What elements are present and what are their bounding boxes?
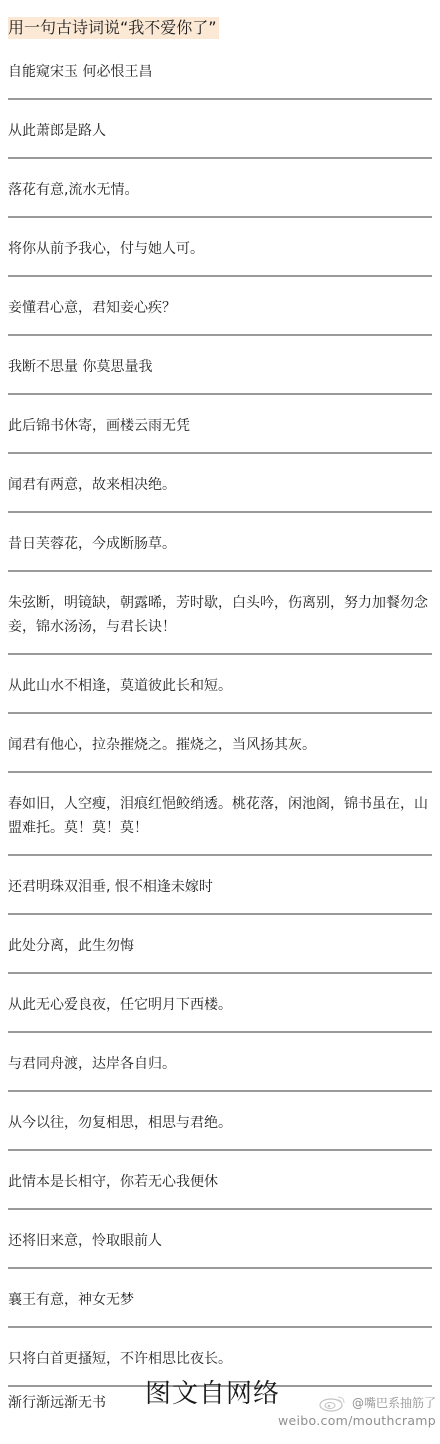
quote-entry: 落花有意,流水无情。 [8,159,432,218]
quote-entry: 此处分离，此生勿悔 [8,915,432,974]
quote-text: 此情本是长相守，你若无心我便休 [8,1151,432,1208]
quote-list: 自能窥宋玉 何必恨王昌 从此萧郎是路人 落花有意,流水无情。 将你从前予我心，付… [8,41,432,1387]
quote-entry: 妾懂君心意，君知妾心疾？ [8,277,432,336]
quote-text: 春如旧，人空瘦，泪痕红悒鲛绡透。桃花落，闲池阁，锦书虽在，山盟难托。莫！莫！莫！ [8,773,432,854]
watermark-handle: @嘴巴系抽筋了 [352,1395,436,1411]
quote-entry: 从今以往，勿复相思，相思与君绝。 [8,1092,432,1151]
weibo-logo-icon [318,1394,348,1412]
quote-entry: 此后锦书休寄，画楼云雨无凭 [8,395,432,454]
quote-text: 我断不思量 你莫思量我 [8,336,432,393]
quote-text: 此后锦书休寄，画楼云雨无凭 [8,395,432,452]
quote-entry: 昔日芙蓉花，今成断肠草。 [8,513,432,572]
quote-entry: 从此无心爱良夜，任它明月下西楼。 [8,974,432,1033]
quote-entry: 闻君有两意，故来相决绝。 [8,454,432,513]
quote-entry: 还君明珠双泪垂, 恨不相逢未嫁时 [8,856,432,915]
page-title: 用一句古诗词说“我不爱你了” [8,17,219,39]
quote-entry: 与君同舟渡，达岸各自归。 [8,1033,432,1092]
quote-text: 还君明珠双泪垂, 恨不相逢未嫁时 [8,856,432,913]
quote-text: 从此萧郎是路人 [8,100,432,157]
quote-entry: 此情本是长相守，你若无心我便休 [8,1151,432,1210]
quote-text: 自能窥宋玉 何必恨王昌 [8,41,432,98]
quote-entry: 闻君有他心，拉杂摧烧之。摧烧之，当风扬其灰。 [8,714,432,773]
quote-text: 此处分离，此生勿悔 [8,915,432,972]
quote-entry: 春如旧，人空瘦，泪痕红悒鲛绡透。桃花落，闲池阁，锦书虽在，山盟难托。莫！莫！莫！ [8,773,432,856]
watermark-url: weibo.com/mouthcramp [278,1412,436,1430]
quote-entry: 襄王有意，神女无梦 [8,1269,432,1328]
quote-text: 从今以往，勿复相思，相思与君绝。 [8,1092,432,1149]
quote-text: 昔日芙蓉花，今成断肠草。 [8,513,432,570]
weibo-watermark: @嘴巴系抽筋了 weibo.com/mouthcramp [278,1394,436,1430]
quote-entry: 将你从前予我心，付与她人可。 [8,218,432,277]
quote-entry: 我断不思量 你莫思量我 [8,336,432,395]
quote-text: 从此山水不相逢，莫道彼此长和短。 [8,655,432,712]
quote-text: 落花有意,流水无情。 [8,159,432,216]
quote-text: 闻君有他心，拉杂摧烧之。摧烧之，当风扬其灰。 [8,714,432,771]
quote-entry: 从此萧郎是路人 [8,100,432,159]
quote-text: 襄王有意，神女无梦 [8,1269,432,1326]
quote-entry: 从此山水不相逢，莫道彼此长和短。 [8,655,432,714]
quote-text: 还将旧来意，怜取眼前人 [8,1210,432,1267]
quote-text: 与君同舟渡，达岸各自归。 [8,1033,432,1090]
quote-entry: 还将旧来意，怜取眼前人 [8,1210,432,1269]
source-caption: 图文自网络 [145,1377,280,1411]
quote-text: 朱弦断，明镜缺，朝露晞，芳时歇，白头吟，伤离别，努力加餐勿念妾，锦水汤汤，与君长… [8,572,432,653]
last-quote-text: 渐行渐远渐无书 [8,1391,106,1415]
quote-text: 闻君有两意，故来相决绝。 [8,454,432,511]
quote-entry: 自能窥宋玉 何必恨王昌 [8,41,432,100]
quote-text: 妾懂君心意，君知妾心疾？ [8,277,432,334]
quote-text: 将你从前予我心，付与她人可。 [8,218,432,275]
quote-entry: 朱弦断，明镜缺，朝露晞，芳时歇，白头吟，伤离别，努力加餐勿念妾，锦水汤汤，与君长… [8,572,432,655]
quote-text: 从此无心爱良夜，任它明月下西楼。 [8,974,432,1031]
